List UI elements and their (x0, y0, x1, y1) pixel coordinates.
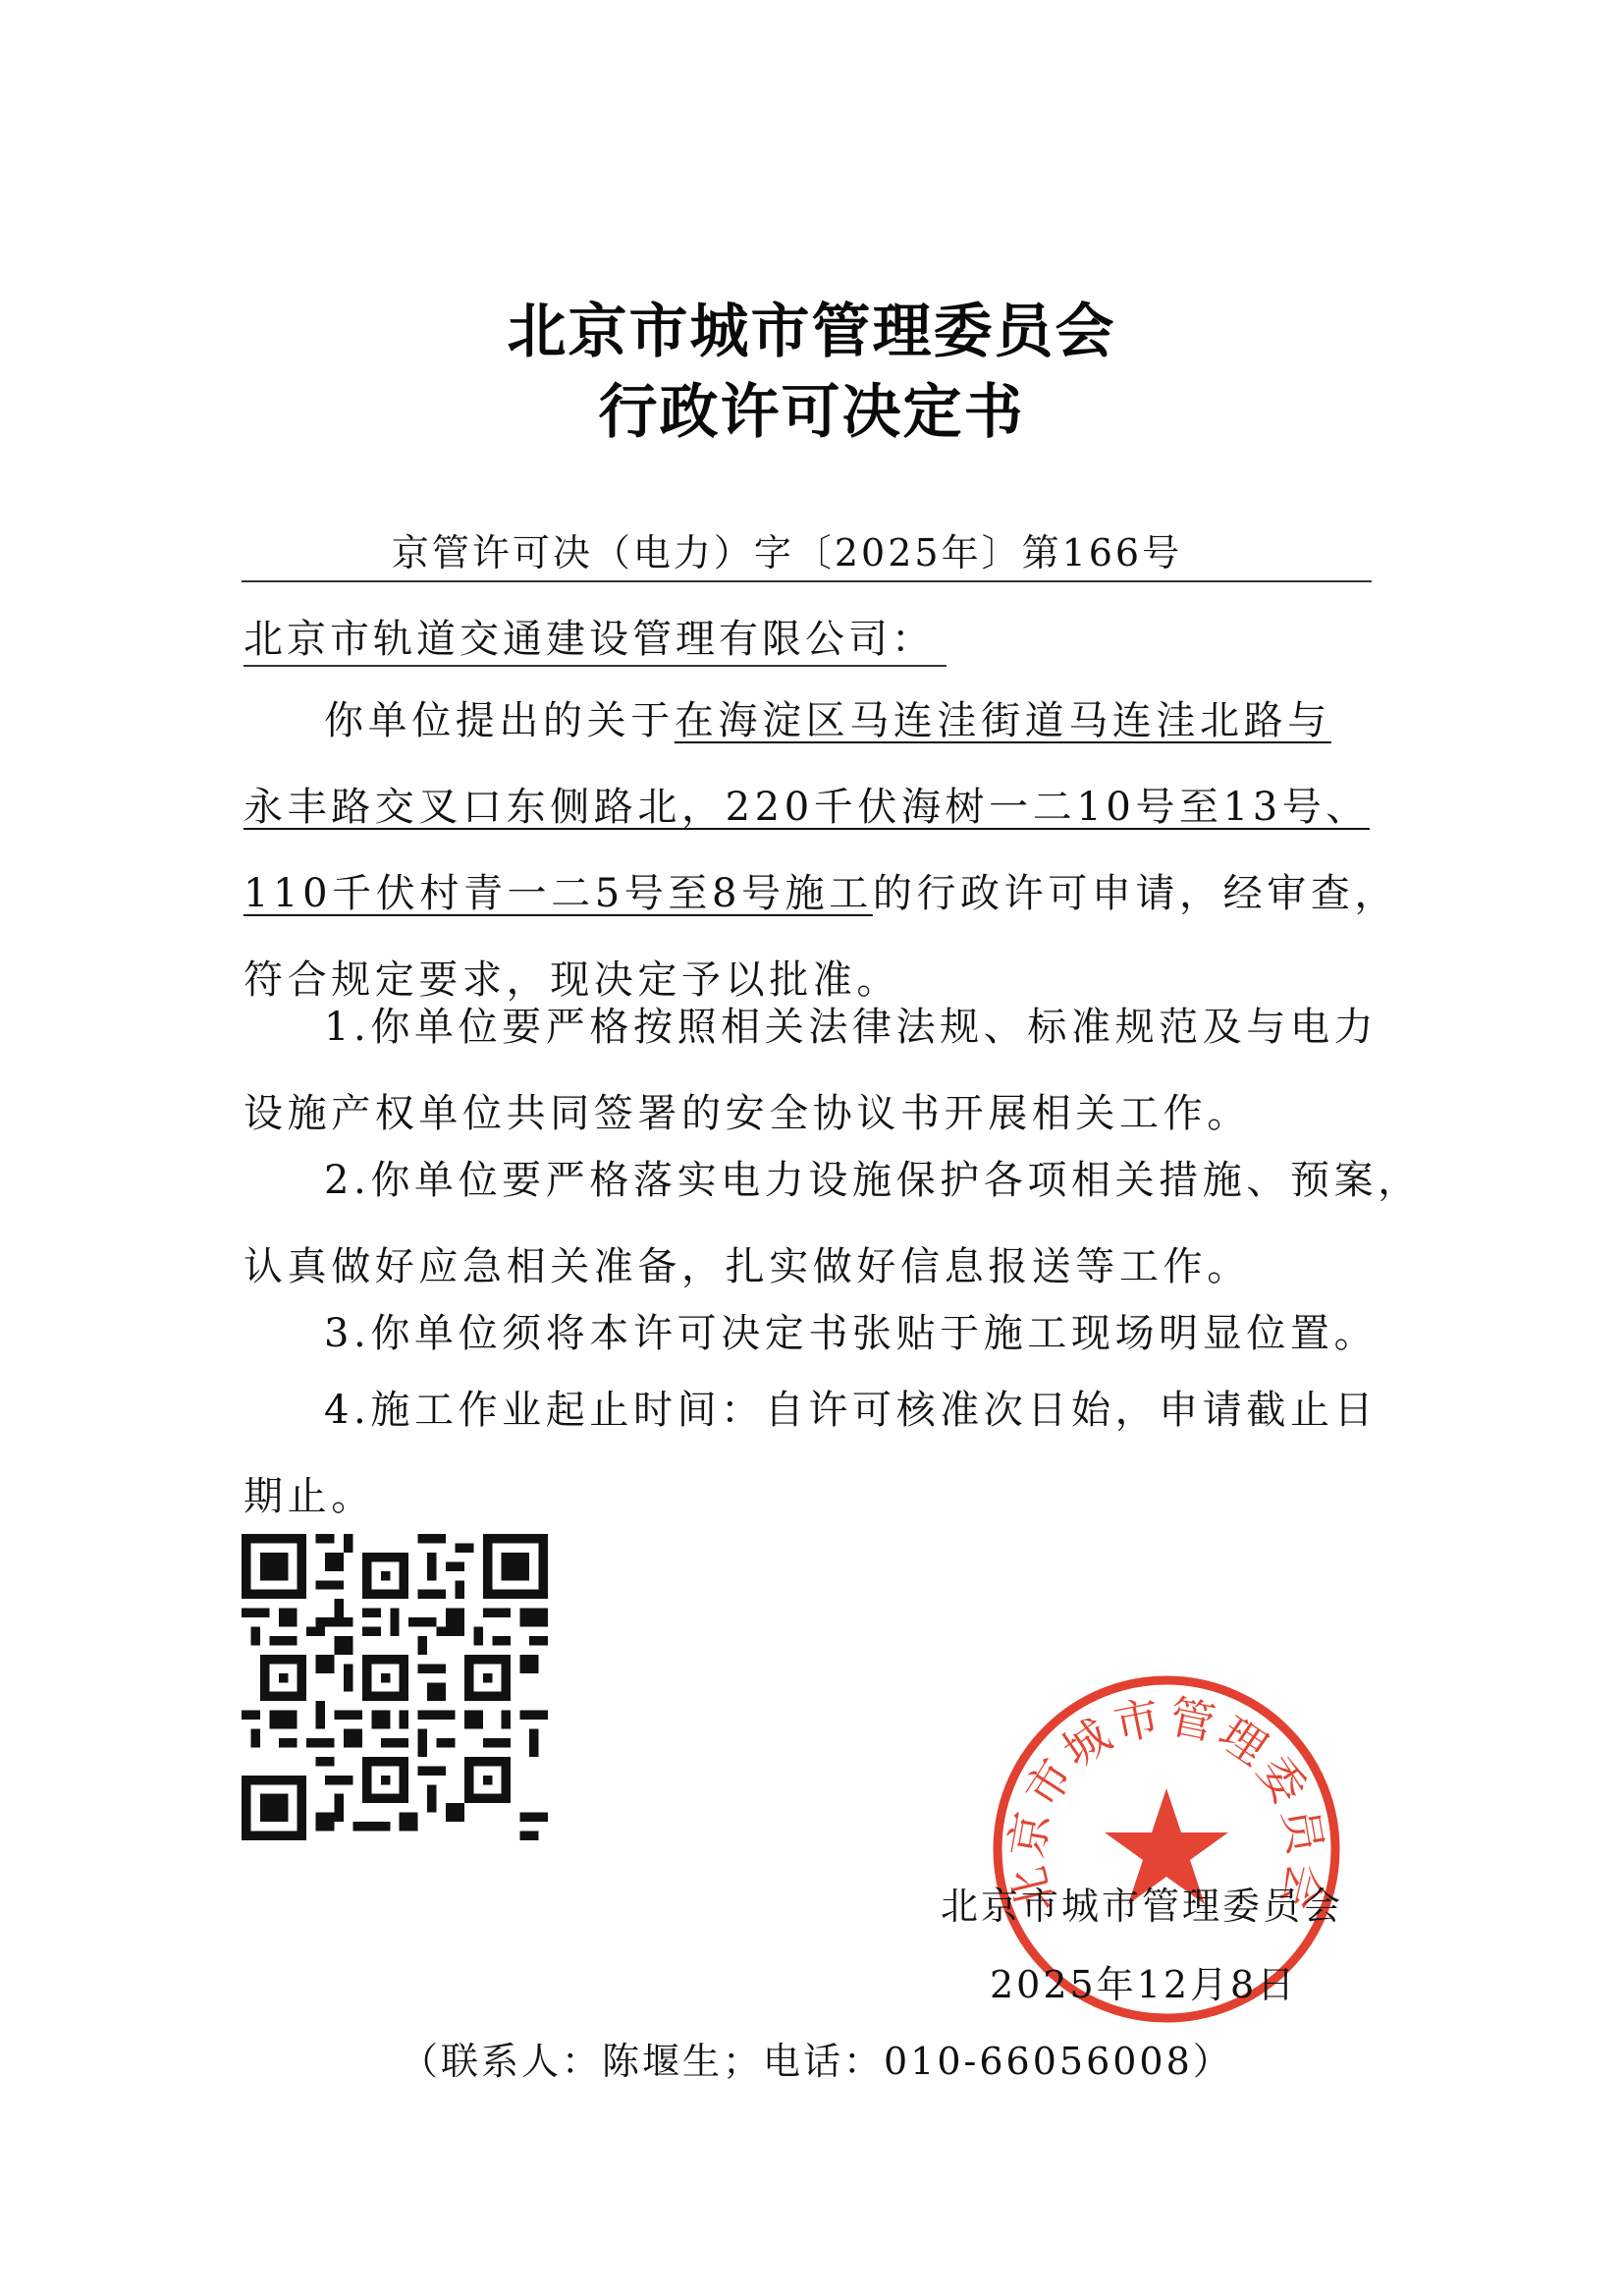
condition-item-2: 2.你单位要严格落实电力设施保护各项相关措施、预案， 认真做好应急相关准备，扎实… (243, 1137, 1382, 1310)
addressee: 北京市轨道交通建设管理有限公司： (243, 614, 947, 667)
issuing-authority: 北京市城市管理委员会 (941, 1876, 1343, 1930)
condition-3-line-1: 3.你单位须将本许可决定书张贴于施工现场明显位置。 (243, 1290, 1382, 1377)
project-location-cont: 永丰路交叉口东侧路北，220千伏海树一二10号至13号、 (243, 785, 1370, 830)
title-issuer: 北京市城市管理委员会 (0, 285, 1623, 369)
intro-text-post: 的行政许可申请，经审查， (873, 871, 1398, 916)
document-number: 京管许可决（电力）字〔2025年〕第166号 (242, 528, 1372, 582)
condition-2-line-1: 2.你单位要严格落实电力设施保护各项相关措施、预案， (243, 1137, 1382, 1224)
issue-date: 2025年12月8日 (990, 1954, 1297, 2008)
document-number-text: 京管许可决（电力）字〔2025年〕第166号 (392, 531, 1182, 574)
condition-item-1: 1.你单位要严格按照相关法律法规、标准规范及与电力 设施产权单位共同签署的安全协… (243, 984, 1382, 1157)
document-page: 北京市城市管理委员会 行政许可决定书 京管许可决（电力）字〔2025年〕第166… (0, 0, 1623, 2296)
condition-item-4: 4.施工作业起止时间：自许可核准次日始，申请截止日 期止。 (243, 1367, 1382, 1540)
intro-line-2: 永丰路交叉口东侧路北，220千伏海树一二10号至13号、 (243, 764, 1382, 850)
project-location: 在海淀区马连洼街道马连洼北路与 (675, 698, 1331, 743)
intro-line-3: 110千伏村青一二5号至8号施工的行政许可申请，经审查， (243, 850, 1382, 937)
intro-line-1: 你单位提出的关于在海淀区马连洼街道马连洼北路与 (243, 678, 1382, 764)
intro-text: 你单位提出的关于 (324, 698, 675, 743)
title-document-type: 行政许可决定书 (0, 365, 1623, 450)
contact-info: （联系人：陈堰生；电话：010-66056008） (401, 2031, 1233, 2085)
condition-1-line-1: 1.你单位要严格按照相关法律法规、标准规范及与电力 (243, 984, 1382, 1070)
project-scope: 110千伏村青一二5号至8号施工 (243, 871, 873, 916)
condition-4-line-1: 4.施工作业起止时间：自许可核准次日始，申请截止日 (243, 1367, 1382, 1453)
qr-code-icon[interactable] (242, 1534, 548, 1840)
intro-paragraph: 你单位提出的关于在海淀区马连洼街道马连洼北路与 永丰路交叉口东侧路北，220千伏… (243, 678, 1382, 1023)
condition-4-line-2: 期止。 (243, 1453, 1382, 1540)
condition-item-3: 3.你单位须将本许可决定书张贴于施工现场明显位置。 (243, 1290, 1382, 1377)
